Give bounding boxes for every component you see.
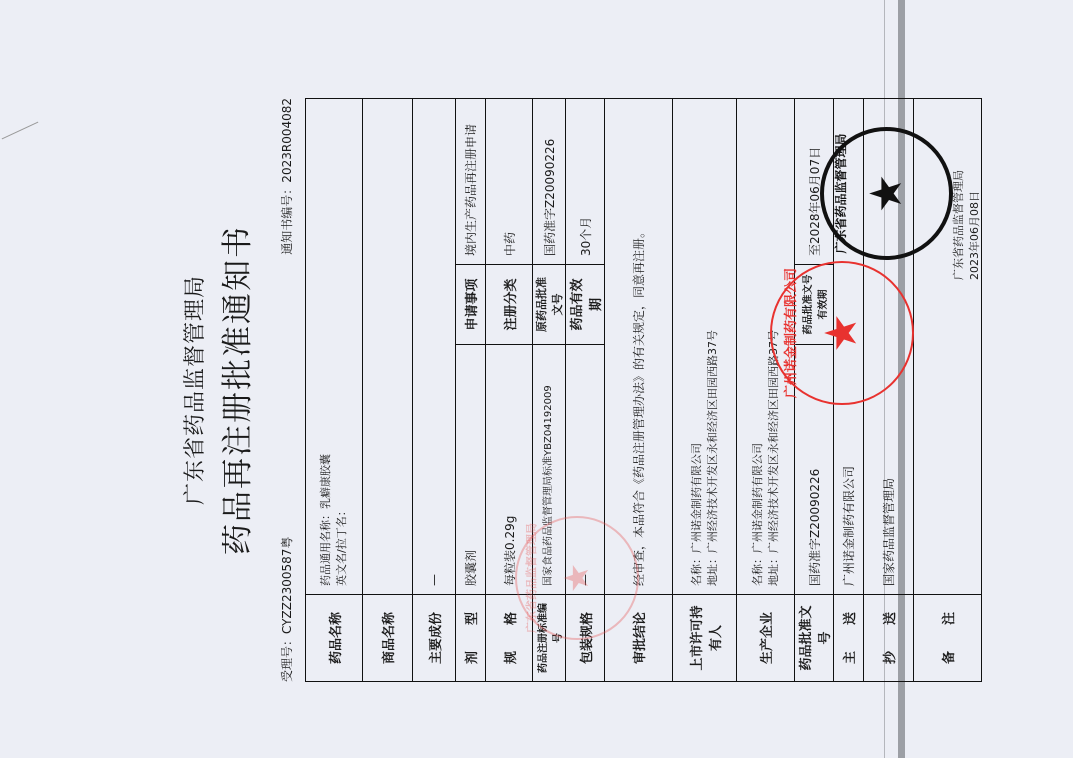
trade-name-value <box>363 99 413 595</box>
row-conclusion: 审批结论 经审查，本品符合《药品注册管理办法》的有关规定，同意再注册。 <box>605 99 673 682</box>
row-cc: 抄 送 国家药品监督管理局 <box>864 99 914 682</box>
notice-value: 2023R004082 <box>280 98 294 183</box>
row-main-ingredients: 主要成份 — <box>413 99 456 682</box>
notice-document: 广东省药品监督管理局 药品再注册批准通知书 受理号：CYZZ2300587粤 通… <box>130 70 1010 710</box>
cc-label: 抄 送 <box>864 595 914 682</box>
main-ingredients-label: 主要成份 <box>413 595 456 682</box>
acceptance-label: 受理号： <box>280 634 294 682</box>
manufacturer-cell: 名称：广州诺金制药有限公司 地址：广州经济技术开发区永和经济区田园西路37号 <box>737 99 795 595</box>
mah-cell: 名称：广州诺金制药有限公司 地址：广州经济技术开发区永和经济区田园西路37号 <box>673 99 737 595</box>
generic-name-value: 乳癖康胶囊 <box>319 454 332 509</box>
mah-name-label: 名称： <box>690 553 703 586</box>
mah-address-label: 地址： <box>706 553 719 586</box>
manufacturer-name-label: 名称： <box>751 553 764 586</box>
main-recipient-value: 广州诺金制药有限公司 <box>834 99 864 595</box>
conclusion-value: 经审查，本品符合《药品注册管理办法》的有关规定，同意再注册。 <box>605 99 673 595</box>
row-trade-name: 商品名称 <box>363 99 413 682</box>
manufacturer-name: 广州诺金制药有限公司 <box>751 443 764 553</box>
mah-address: 广州经济技术开发区永和经济区田园西路37号 <box>706 330 719 553</box>
acceptance-value: CYZZ2300587粤 <box>280 537 294 634</box>
standard-value: 国家食品药品监督管理局标准YBZ04192009 <box>533 345 566 595</box>
specification-value: 每粒装0.29g <box>486 345 533 595</box>
original-approval-value: 国药准字Z20090226 <box>533 99 566 265</box>
dosage-form-value: 胶囊剂 <box>456 345 486 595</box>
manufacturer-address-label: 地址： <box>767 553 780 586</box>
registration-class-value: 中药 <box>486 99 533 265</box>
manufacturer-address: 广州经济技术开发区永和经济区田园西路37号 <box>767 330 780 553</box>
main-ingredients-value: — <box>413 99 456 595</box>
approval-validity-label: 药品批准文号有效期 <box>795 265 834 345</box>
notice-number: 通知书编号：2023R004082 <box>278 98 295 255</box>
mah-label: 上市许可持有人 <box>673 595 737 682</box>
trade-name-label: 商品名称 <box>363 595 413 682</box>
drug-name-cell: 药品通用名称：乳癖康胶囊 英文名/拉丁名： <box>306 99 363 595</box>
row-dosage-form: 剂 型 胶囊剂 申请事项 境内生产药品再注册申请 <box>456 99 486 682</box>
original-approval-label: 原药品批准文号 <box>533 265 566 345</box>
approval-table: 药品名称 药品通用名称：乳癖康胶囊 英文名/拉丁名： 商品名称 主要成份 — 剂… <box>305 98 982 682</box>
registration-class-label: 注册分类 <box>486 265 533 345</box>
packaging-value: — <box>566 345 605 595</box>
cc-value: 国家药品监督管理局 <box>864 99 914 595</box>
notice-label: 通知书编号： <box>280 183 294 255</box>
manufacturer-label: 生产企业 <box>737 595 795 682</box>
row-mah: 上市许可持有人 名称：广州诺金制药有限公司 地址：广州经济技术开发区永和经济区田… <box>673 99 737 682</box>
generic-name-label: 药品通用名称： <box>319 509 332 586</box>
document-title: 药品再注册批准通知书 <box>212 70 257 710</box>
row-manufacturer: 生产企业 名称：广州诺金制药有限公司 地址：广州经济技术开发区永和经济区田园西路… <box>737 99 795 682</box>
approval-number-value: 国药准字Z20090226 <box>795 345 834 595</box>
approval-validity-value: 至2028年06月07日 <box>795 99 834 265</box>
row-approval-number: 药品批准文号 国药准字Z20090226 药品批准文号有效期 至2028年06月… <box>795 99 834 682</box>
conclusion-label: 审批结论 <box>605 595 673 682</box>
english-name-label: 英文名/拉丁名： <box>335 505 348 586</box>
official-seal-caption: 广东省药品监督管理局 2023年06月08日 <box>950 170 982 280</box>
acceptance-number: 受理号：CYZZ2300587粤 <box>278 537 295 682</box>
row-main-recipient: 主 送 广州诺金制药有限公司 <box>834 99 864 682</box>
scan-corner-mark <box>2 122 39 140</box>
main-recipient-label: 主 送 <box>834 595 864 682</box>
dosage-form-label: 剂 型 <box>456 595 486 682</box>
application-type-value: 境内生产药品再注册申请 <box>456 99 486 265</box>
issuing-agency: 广东省药品监督管理局 <box>178 70 209 710</box>
specification-label: 规 格 <box>486 595 533 682</box>
shelf-life-label: 药品有效期 <box>566 265 605 345</box>
row-standard: 药品注册标准编号 国家食品药品监督管理局标准YBZ04192009 原药品批准文… <box>533 99 566 682</box>
official-seal-date: 2023年06月08日 <box>966 170 982 280</box>
drug-name-label: 药品名称 <box>306 595 363 682</box>
remarks-label: 备 注 <box>914 595 982 682</box>
shelf-life-value: 30个月 <box>566 99 605 265</box>
packaging-label: 包装规格 <box>566 595 605 682</box>
mah-name: 广州诺金制药有限公司 <box>690 443 703 553</box>
row-packaging: 包装规格 — 药品有效期 30个月 <box>566 99 605 682</box>
application-type-label: 申请事项 <box>456 265 486 345</box>
official-seal-sub: 广东省药品监督管理局 <box>950 170 966 280</box>
standard-label: 药品注册标准编号 <box>533 595 566 682</box>
approval-number-label: 药品批准文号 <box>795 595 834 682</box>
row-specification: 规 格 每粒装0.29g 注册分类 中药 <box>486 99 533 682</box>
row-drug-name: 药品名称 药品通用名称：乳癖康胶囊 英文名/拉丁名： <box>306 99 363 682</box>
